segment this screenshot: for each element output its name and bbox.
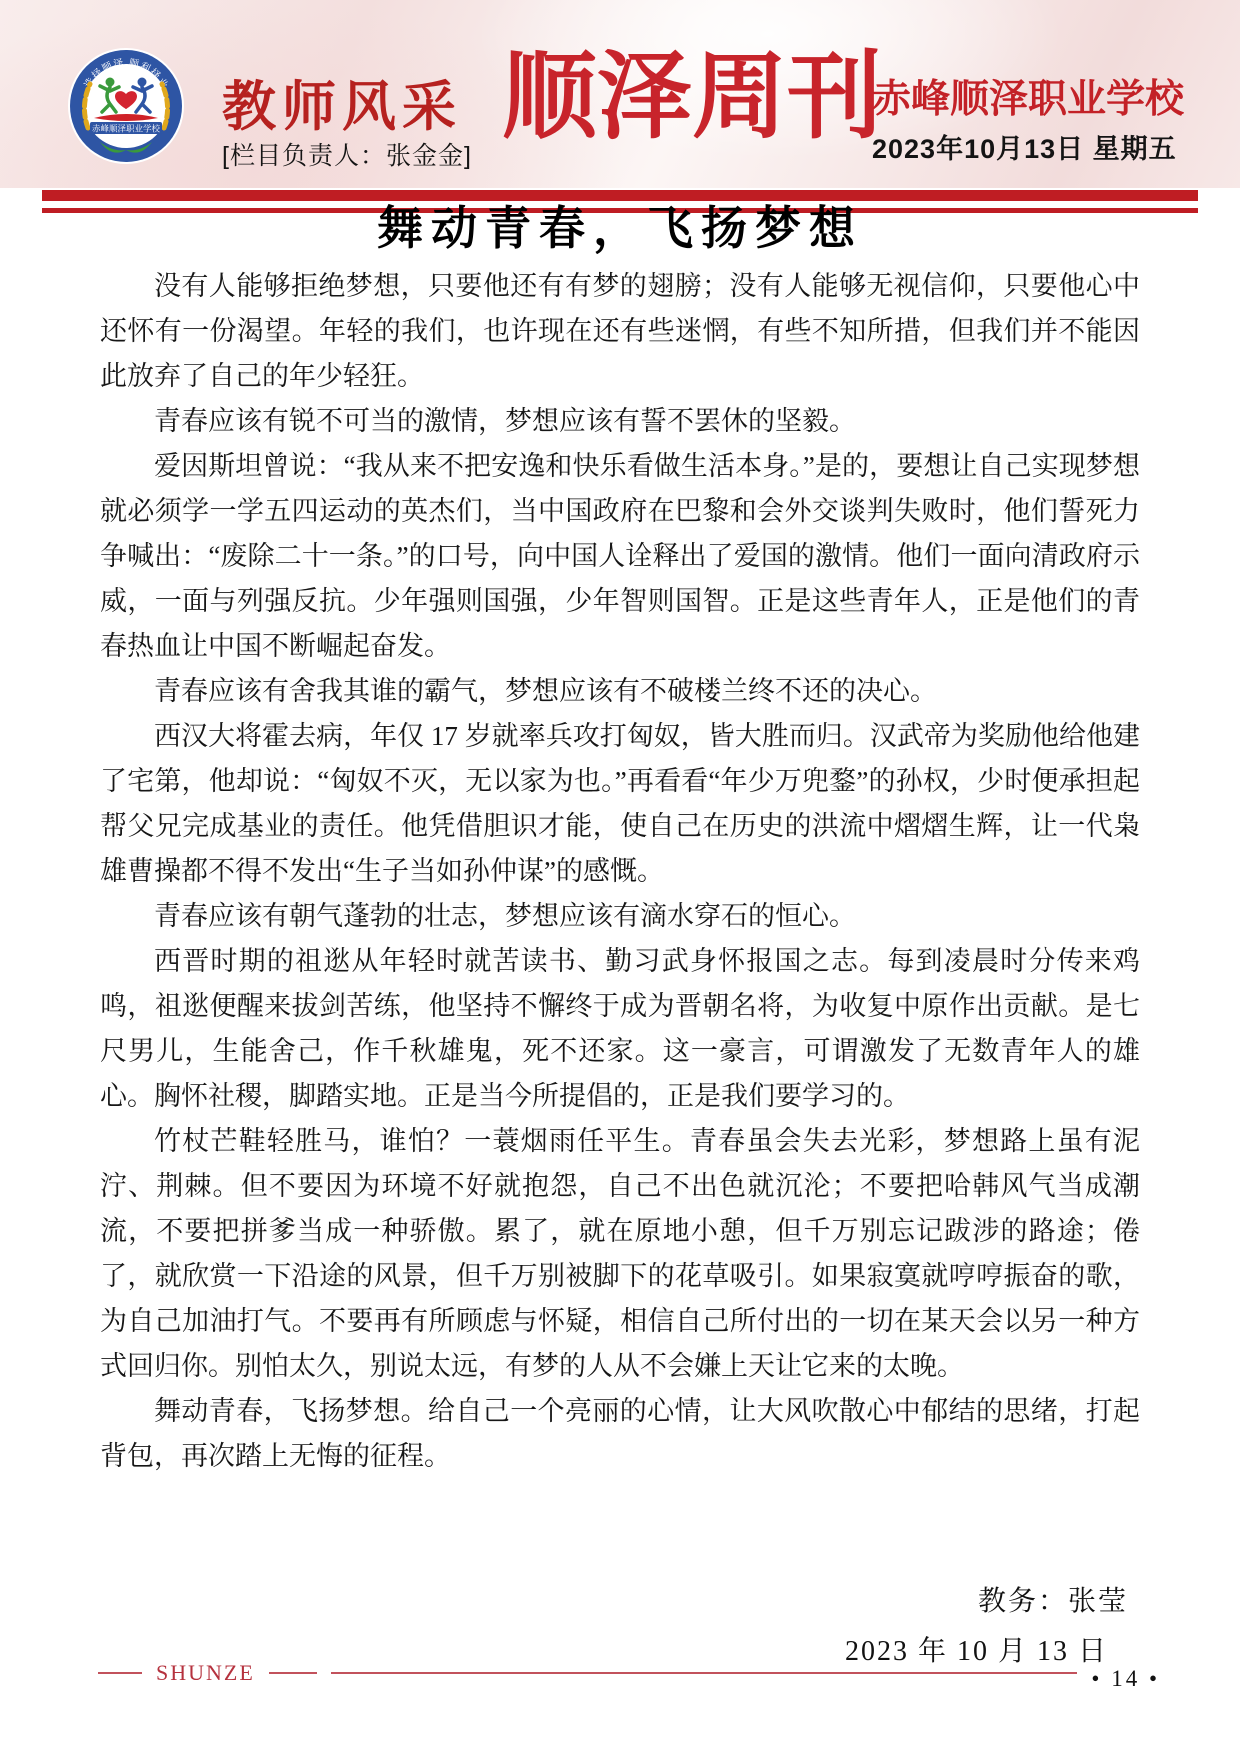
header-date: 2023年10月13日 星期五 xyxy=(872,136,1177,163)
page-number: • 14 • xyxy=(1091,1667,1160,1690)
article-paragraph: 青春应该有锐不可当的激情，梦想应该有誓不罢休的坚毅。 xyxy=(100,399,1140,444)
article-paragraph: 舞动青春，飞扬梦想。给自己一个亮丽的心情，让大风吹散心中郁结的思绪，打起背包，再… xyxy=(100,1389,1140,1479)
article-paragraph: 青春应该有朝气蓬勃的壮志，梦想应该有滴水穿石的恒心。 xyxy=(100,894,1140,939)
article-paragraph: 没有人能够拒绝梦想，只要他还有有梦的翅膀；没有人能够无视信仰，只要他心中还怀有一… xyxy=(100,264,1140,399)
school-logo: 选择顺泽 顺利择业 赤峰顺泽职业学校 xyxy=(66,46,186,166)
footer-dash xyxy=(269,1672,317,1674)
logo-school-name: 赤峰顺泽职业学校 xyxy=(92,124,161,134)
article: 舞动青春，飞扬梦想 没有人能够拒绝梦想，只要他还有有梦的翅膀；没有人能够无视信仰… xyxy=(100,200,1140,1479)
article-paragraph: 西汉大将霍去病，年仅 17 岁就率兵攻打匈奴，皆大胜而归。汉武帝为奖励他给他建了… xyxy=(100,714,1140,894)
article-paragraph: 西晋时期的祖逖从年轻时就苦读书、勤习武身怀报国之志。每到凌晨时分传来鸡鸣，祖逖便… xyxy=(100,939,1140,1119)
column-manager: [栏目负责人：张金金] xyxy=(222,144,472,169)
article-paragraph: 爱因斯坦曾说：“我从来不把安逸和快乐看做生活本身。”是的，要想让自己实现梦想就必… xyxy=(100,444,1140,669)
school-name: 赤峰顺泽职业学校 xyxy=(872,80,1184,119)
masthead-title: 顺泽周刊 xyxy=(502,48,882,148)
column-title: 教师风采 xyxy=(222,80,462,134)
footer-rule xyxy=(331,1672,1078,1674)
article-title: 舞动青春，飞扬梦想 xyxy=(100,200,1140,256)
page-footer: SHUNZE • 14 • xyxy=(98,1660,1160,1686)
article-paragraph: 竹杖芒鞋轻胜马，谁怕？一蓑烟雨任平生。青春虽会失去光彩，梦想路上虽有泥泞、荆棘。… xyxy=(100,1119,1140,1389)
footer-dash xyxy=(98,1672,142,1674)
footer-brand: SHUNZE xyxy=(156,1662,255,1684)
newsletter-page: 选择顺泽 顺利择业 赤峰顺泽职业学校 教师风采 [ xyxy=(0,0,1240,1754)
article-paragraph: 青春应该有舍我其谁的霸气，梦想应该有不破楼兰终不还的决心。 xyxy=(100,669,1140,714)
signature: 教务：张莹 xyxy=(978,1588,1128,1616)
masthead-header: 选择顺泽 顺利择业 赤峰顺泽职业学校 教师风采 [ xyxy=(0,0,1240,188)
